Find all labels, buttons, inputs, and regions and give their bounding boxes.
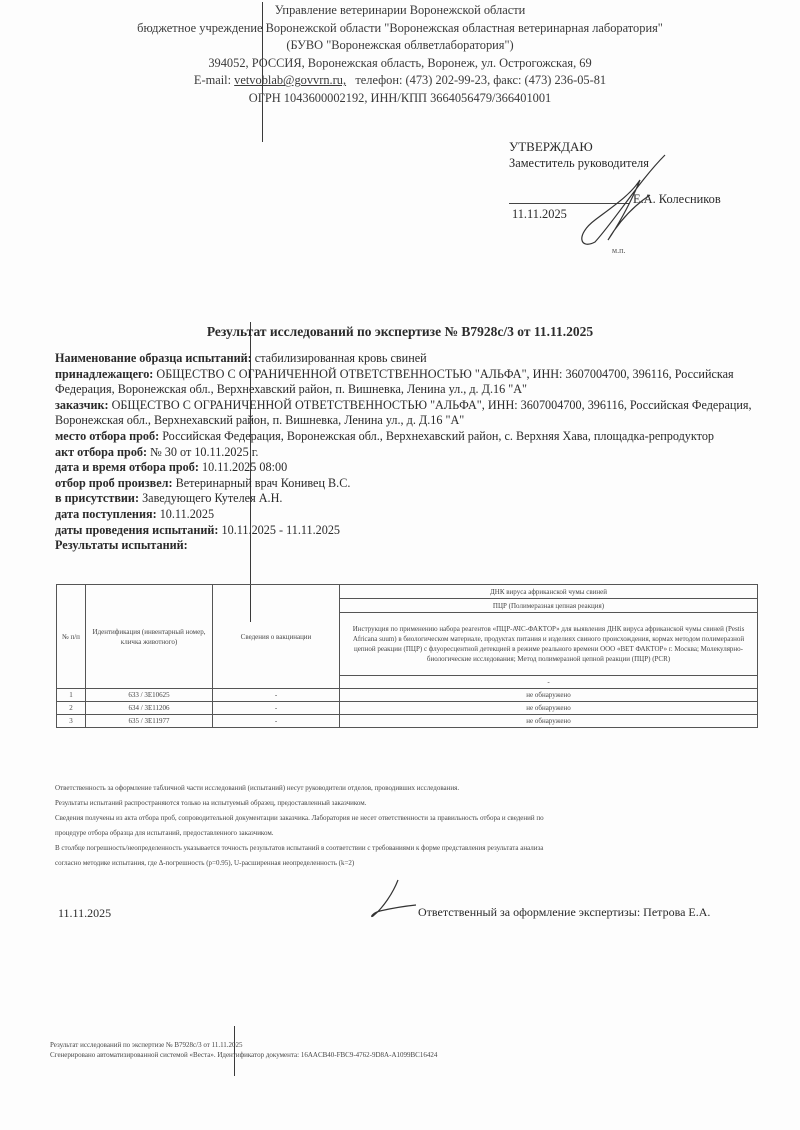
table-row: 1 633 / 3E10625 - не обнаружено	[57, 689, 758, 702]
indicator-header: ДНК вируса африканской чумы свиней	[340, 585, 758, 599]
col-number-header: № п/п	[57, 585, 86, 689]
organization-header: Управление ветеринарии Воронежской облас…	[0, 2, 800, 108]
phones: телефон: (473) 202-99-23, факс: (473) 23…	[355, 73, 606, 87]
header-registration: ОГРН 1043600002192, ИНН/КПП 3664056479/3…	[0, 90, 800, 108]
email-link[interactable]: vetvoblab@govvrn.ru,	[234, 73, 346, 87]
col-identification-header: Идентификация (инвентарный номер, кличка…	[86, 585, 213, 689]
units-header: -	[340, 676, 758, 689]
footer-generated-id: Сгенерировано автоматизированной системо…	[50, 1050, 437, 1060]
responsible-person: Ответственный за оформление экспертизы: …	[418, 905, 710, 920]
footer-date: 11.11.2025	[58, 906, 111, 921]
stamp-placeholder: м.п.	[612, 246, 625, 255]
approver-signature-icon	[560, 150, 670, 250]
header-line-3: (БУВО "Воронежская облветлаборатория")	[0, 37, 800, 55]
field-in-presence: в присутствии: Заведующего Кутелея А.Н.	[55, 491, 760, 507]
footer-reference: Результат исследований по экспертизе № В…	[50, 1040, 437, 1050]
col-vaccination-header: Сведения о вакцинации	[213, 585, 340, 689]
method-document-header: Инструкция по применению набора реагенто…	[340, 613, 758, 676]
document-title: Результат исследований по экспертизе № В…	[0, 324, 800, 340]
table-row: 3 635 / 3E11977 - не обнаружено	[57, 715, 758, 728]
header-contacts: E-mail: vetvoblab@govvrn.ru, телефон: (4…	[0, 72, 800, 90]
field-owner: принадлежащего: ОБЩЕСТВО С ОГРАНИЧЕННОЙ …	[55, 367, 760, 398]
note: Ответственность за оформление табличной …	[55, 781, 775, 796]
document-page: Управление ветеринарии Воронежской облас…	[0, 0, 800, 1130]
field-sampling-place: место отбора проб: Российская Федерация,…	[55, 429, 760, 445]
approval-date: 11.11.2025	[512, 207, 567, 222]
results-heading: Результаты испытаний:	[55, 538, 760, 554]
email-label: E-mail:	[194, 73, 231, 87]
field-receipt-date: дата поступления: 10.11.2025	[55, 507, 760, 523]
notes: Ответственность за оформление табличной …	[55, 781, 775, 871]
method-short-header: ПЦР (Полимеразная цепная реакция)	[340, 599, 758, 613]
note: процедуре отбора образца для испытаний, …	[55, 826, 775, 841]
table-row: 2 634 / 3E11206 - не обнаружено	[57, 702, 758, 715]
field-sampling-datetime: дата и время отбора проб: 10.11.2025 08:…	[55, 460, 760, 476]
results-table: № п/п Идентификация (инвентарный номер, …	[56, 584, 758, 728]
responsible-signature-icon	[368, 878, 418, 920]
header-line-1: Управление ветеринарии Воронежской облас…	[0, 2, 800, 20]
note: согласно методике испытания, где Δ-погре…	[55, 856, 775, 871]
field-sampled-by: отбор проб произвел: Ветеринарный врач К…	[55, 476, 760, 492]
note: В столбце погрешность/неопределенность у…	[55, 841, 775, 856]
header-line-2: бюджетное учреждение Воронежской области…	[0, 20, 800, 38]
note: Результаты испытаний распространяются то…	[55, 796, 775, 811]
header-address: 394052, РОССИЯ, Воронежская область, Вор…	[0, 55, 800, 73]
document-footer: Результат исследований по экспертизе № В…	[50, 1040, 437, 1060]
sample-info: Наименование образца испытаний: стабилиз…	[55, 351, 760, 554]
field-test-dates: даты проведения испытаний: 10.11.2025 - …	[55, 523, 760, 539]
note: Сведения получены из акта отбора проб, с…	[55, 811, 775, 826]
field-customer: заказчик: ОБЩЕСТВО С ОГРАНИЧЕННОЙ ОТВЕТС…	[55, 398, 760, 429]
table-header-row: № п/п Идентификация (инвентарный номер, …	[57, 585, 758, 599]
field-sampling-act: акт отбора проб: № 30 от 10.11.2025 г.	[55, 445, 760, 461]
field-sample-name: Наименование образца испытаний: стабилиз…	[55, 351, 760, 367]
